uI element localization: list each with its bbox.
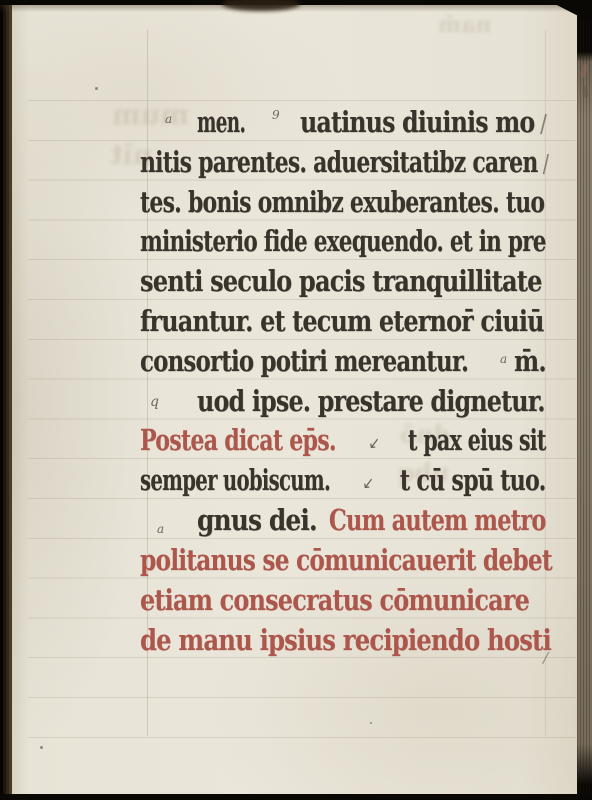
text-line: nitis parentes. aduersitatibz caren/ xyxy=(140,142,546,182)
text-segment: fruantur. et tecum eternor̄ ciuiū xyxy=(140,304,544,338)
rubric-segment: etiam consecratus cōmunicare xyxy=(140,583,529,617)
tironian-tick-mark: 9 xyxy=(272,108,280,122)
text-line: uod ipse. prestare dignetur. xyxy=(140,381,546,421)
text-segment: consortio potiri mereantur. xyxy=(140,344,468,378)
guide-letter: q xyxy=(150,394,159,410)
text-segment: t pax eius sit xyxy=(408,423,546,457)
text-segment: senti seculo pacis tranquillitate xyxy=(140,264,542,298)
text-segment: ministerio fide exequendo. et in pre xyxy=(140,224,546,258)
line-filler-slash: / xyxy=(540,110,546,138)
book-fore-edge-pages xyxy=(577,0,592,800)
text-line: senti seculo pacis tranquillitate xyxy=(140,261,546,301)
vellum-speck xyxy=(40,746,43,749)
line-filler-slash: / xyxy=(543,150,548,178)
rubric-segment: Postea dicat ep̄s. xyxy=(140,423,336,457)
text-segment: gnus dei. xyxy=(197,503,317,537)
text-line: ministerio fide exequendo. et in pre xyxy=(140,221,546,261)
text-segment: tes. bonis omnibz exuberantes. tuo xyxy=(140,185,544,219)
manuscript-photo: mum nīt dnō ubq nam̄ men. uatinus diuini… xyxy=(0,0,592,800)
photo-bottom-edge xyxy=(0,794,592,800)
text-line: tes. bonis omnibz exuberantes. tuo xyxy=(140,182,546,222)
text-line: fruantur. et tecum eternor̄ ciuiū xyxy=(140,301,546,341)
text-segment: semper uobiscum. xyxy=(140,463,330,497)
text-line: semper uobiscum. t cū spū tuo. xyxy=(140,460,546,500)
text-segment: uod ipse. prestare dignetur. xyxy=(197,384,545,418)
text-segment: m̄. xyxy=(514,344,546,378)
text-segment: men. xyxy=(197,105,245,139)
guide-letter: a xyxy=(165,112,172,126)
text-segment: uatinus diuinis mo/ xyxy=(300,105,546,139)
guide-letter: a xyxy=(157,522,164,536)
text-line: etiam consecratus cōmunicare xyxy=(140,580,546,620)
text-segment: t cū spū tuo. xyxy=(400,463,546,497)
rubric-segment: Cum autem metro xyxy=(329,503,546,537)
text-line: gnus dei. Cum autem metro xyxy=(140,500,546,540)
rubric-segment: politanus se cōmunicauerit debet xyxy=(140,543,552,577)
vellum-speck xyxy=(95,87,98,90)
vellum-speck xyxy=(370,722,372,724)
showthrough-text: nam̄ xyxy=(438,12,492,38)
versicle-cue-mark: ↙ xyxy=(367,433,382,453)
book-gutter-binding xyxy=(0,0,12,800)
versicle-cue-mark: ↙ xyxy=(361,473,376,493)
text-line: de manu ipsius recipiendo hosti xyxy=(140,620,546,660)
rubric-segment: de manu ipsius recipiendo hosti xyxy=(140,623,551,657)
text-line: consortio potiri mereantur. m̄. xyxy=(140,341,546,381)
guide-letter: a xyxy=(500,352,507,366)
text-segment: nitis parentes. aduersitatibz caren/ xyxy=(140,145,548,179)
text-line: politanus se cōmunicauerit debet xyxy=(140,540,546,580)
text-line: men. uatinus diuinis mo/ xyxy=(140,102,546,142)
manuscript-page: mum nīt dnō ubq nam̄ men. uatinus diuini… xyxy=(12,0,577,800)
text-line: Postea dicat ep̄s. t pax eius sit xyxy=(140,420,546,460)
